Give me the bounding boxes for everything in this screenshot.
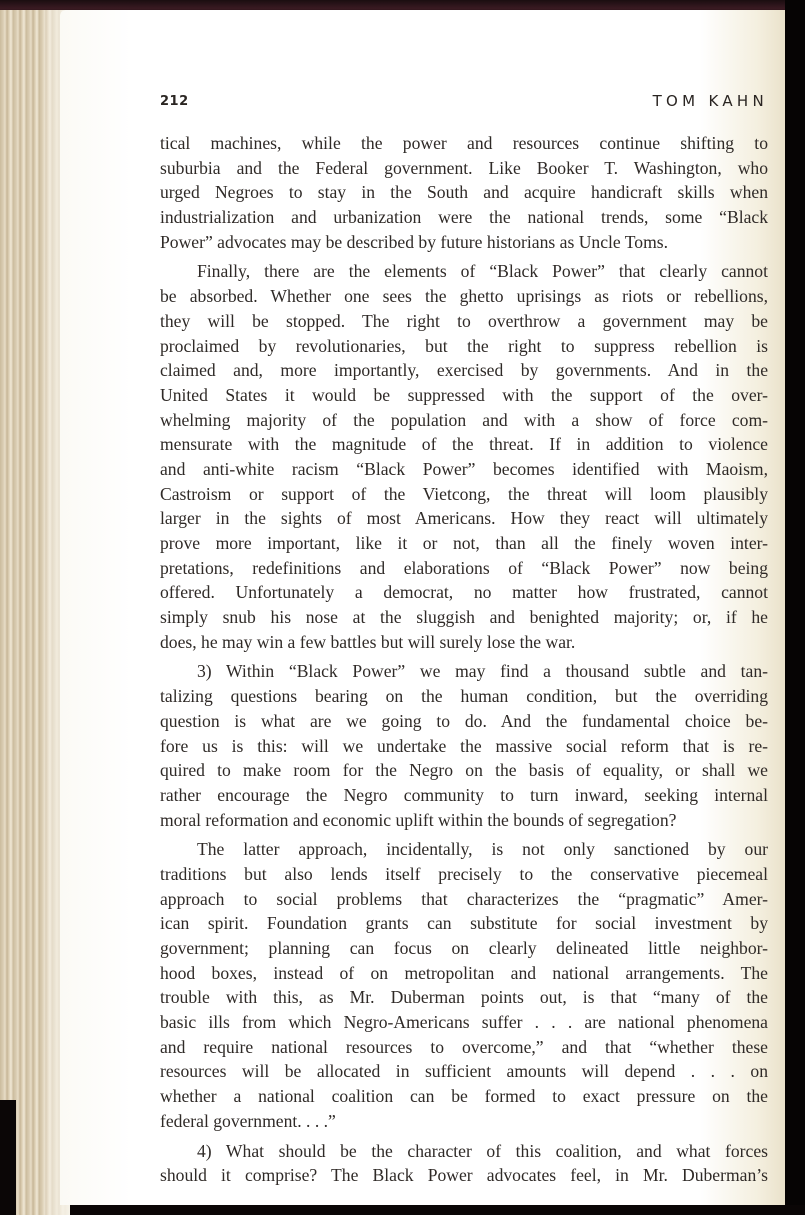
- text-line: quired to make room for the Negro on the…: [160, 758, 768, 783]
- text-line: larger in the sights of most Americans. …: [160, 506, 768, 531]
- text-line: mensurate with the magnitude of the thre…: [160, 432, 768, 457]
- scan-right-border: [785, 0, 805, 1215]
- text-line: they will be stopped. The right to overt…: [160, 309, 768, 334]
- paragraph: 4) What should be the character of this …: [160, 1139, 768, 1188]
- text-line: basic ills from which Negro-Americans su…: [160, 1010, 768, 1035]
- text-line: government; planning can focus on clearl…: [160, 936, 768, 961]
- text-line: rather encourage the Negro community to …: [160, 783, 768, 808]
- text-line: and anti-white racism “Black Power” beco…: [160, 457, 768, 482]
- text-line: United States it would be suppressed wit…: [160, 383, 768, 408]
- text-line: proclaimed by revolutionaries, but the r…: [160, 334, 768, 359]
- text-line: whelming majority of the population and …: [160, 408, 768, 433]
- text-line: traditions but also lends itself precise…: [160, 862, 768, 887]
- text-line: 3) Within “Black Power” we may find a th…: [160, 659, 768, 684]
- text-line: question is what are we going to do. And…: [160, 709, 768, 734]
- text-line: moral reformation and economic uplift wi…: [160, 808, 768, 833]
- text-line: Castroism or support of the Vietcong, th…: [160, 482, 768, 507]
- text-line: tical machines, while the power and reso…: [160, 131, 768, 156]
- scan-left-shadow: [0, 1100, 16, 1215]
- paragraph: 3) Within “Black Power” we may find a th…: [160, 659, 768, 832]
- running-head: 212 TOM KAHN: [160, 92, 768, 114]
- text-line: hood boxes, instead of on metropolitan a…: [160, 961, 768, 986]
- text-line: industrialization and urbanization were …: [160, 205, 768, 230]
- text-line: federal government. . . .”: [160, 1109, 768, 1134]
- text-line: should it comprise? The Black Power advo…: [160, 1163, 768, 1188]
- author-running-head: TOM KAHN: [653, 92, 768, 110]
- text-line: suburbia and the Federal government. Lik…: [160, 156, 768, 181]
- paragraph: tical machines, while the power and reso…: [160, 131, 768, 254]
- scanned-book-page: 212 TOM KAHN tical machines, while the p…: [0, 0, 805, 1215]
- text-line: fore us is this: will we undertake the m…: [160, 734, 768, 759]
- text-line: The latter approach, incidentally, is no…: [160, 837, 768, 862]
- text-line: offered. Unfortunately a democrat, no ma…: [160, 580, 768, 605]
- scan-bottom-border: [270, 1205, 805, 1215]
- body-text: tical machines, while the power and reso…: [160, 131, 768, 1193]
- text-line: whether a national coalition can be form…: [160, 1084, 768, 1109]
- paragraph: Finally, there are the elements of “Blac…: [160, 259, 768, 654]
- text-line: prove more important, like it or not, th…: [160, 531, 768, 556]
- text-line: simply snub his nose at the sluggish and…: [160, 605, 768, 630]
- text-line: and require national resources to overco…: [160, 1035, 768, 1060]
- text-line: urged Negroes to stay in the South and a…: [160, 180, 768, 205]
- text-line: Power” advocates may be described by fut…: [160, 230, 768, 255]
- text-line: talizing questions bearing on the human …: [160, 684, 768, 709]
- paragraph: The latter approach, incidentally, is no…: [160, 837, 768, 1133]
- text-line: resources will be allocated in sufficien…: [160, 1059, 768, 1084]
- text-line: does, he may win a few battles but will …: [160, 630, 768, 655]
- text-line: claimed and, more importantly, exercised…: [160, 358, 768, 383]
- page-number: 212: [160, 94, 189, 109]
- text-line: be absorbed. Whether one sees the ghetto…: [160, 284, 768, 309]
- text-line: Finally, there are the elements of “Blac…: [160, 259, 768, 284]
- text-line: trouble with this, as Mr. Duberman point…: [160, 985, 768, 1010]
- text-line: ican spirit. Foundation grants can subst…: [160, 911, 768, 936]
- text-line: 4) What should be the character of this …: [160, 1139, 768, 1164]
- text-line: approach to social problems that charact…: [160, 887, 768, 912]
- text-line: pretations, redefinitions and elaboratio…: [160, 556, 768, 581]
